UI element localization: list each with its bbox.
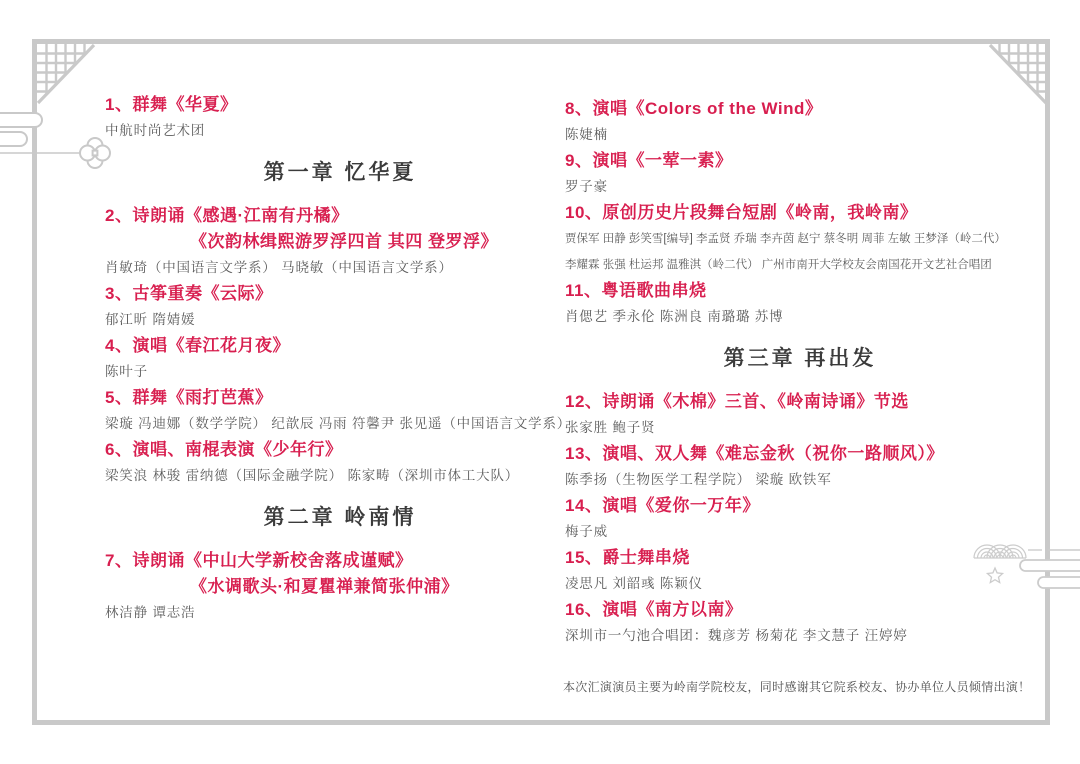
item-title: 14、演唱《爱你一万年》 — [565, 493, 1035, 519]
program-item: 16、演唱《南方以南》深圳市一勺池合唱团：魏彦芳 杨菊花 李文慧子 汪婷婷 — [565, 597, 1035, 649]
item-title: 3、古筝重奏《云际》 — [105, 281, 575, 307]
item-performers: 深圳市一勺池合唱团：魏彦芳 杨菊花 李文慧子 汪婷婷 — [565, 623, 1035, 649]
item-performers: 凌思凡 刘韶彧 陈颖仪 — [565, 571, 1035, 597]
program-item: 6、演唱、南棍表演《少年行》梁笑浪 林骏 雷纳德（国际金融学院） 陈家畴（深圳市… — [105, 437, 575, 489]
item-title: 9、演唱《一荤一素》 — [565, 148, 1035, 174]
program-item: 13、演唱、双人舞《难忘金秋（祝你一路顺风）》陈季扬（生物医学工程学院） 梁璇 … — [565, 441, 1035, 493]
item-title: 《次韵林缉熙游罗浮四首 其四 登罗浮》 — [105, 229, 575, 255]
item-title: 1、群舞《华夏》 — [105, 92, 575, 118]
item-title: 15、爵士舞串烧 — [565, 545, 1035, 571]
item-performers: 梁璇 冯迪娜（数学学院） 纪歆辰 冯雨 符馨尹 张见遥（中国语言文学系） — [105, 411, 575, 437]
item-performers: 罗子豪 — [565, 174, 1035, 200]
cloud-scroll-left-icon — [0, 104, 120, 174]
program-item: 11、粤语歌曲串烧肖偲艺 季永伦 陈洲良 南璐璐 苏博 — [565, 278, 1035, 330]
item-performers: 陈婕楠 — [565, 122, 1035, 148]
item-performers: 郁江昕 隋婧媛 — [105, 307, 575, 333]
item-title: 6、演唱、南棍表演《少年行》 — [105, 437, 575, 463]
item-title: 10、原创历史片段舞台短剧《岭南，我岭南》 — [565, 200, 1035, 226]
program-item: 14、演唱《爱你一万年》梅子威 — [565, 493, 1035, 545]
program-item: 4、演唱《春江花月夜》陈叶子 — [105, 333, 575, 385]
item-title: 16、演唱《南方以南》 — [565, 597, 1035, 623]
item-performers: 贾保军 田静 彭笑雪[编导] 李孟贤 乔瑞 李卉茵 赵宁 蔡冬明 周菲 左敏 王… — [565, 226, 1035, 252]
program-page: 1、群舞《华夏》中航时尚艺术团第一章 忆华夏2、诗朗诵《感遇·江南有丹橘》《次韵… — [0, 0, 1080, 764]
item-performers: 梅子威 — [565, 519, 1035, 545]
corner-lattice-top-left-icon — [37, 44, 95, 104]
chapter-heading: 第二章 岭南情 — [105, 504, 575, 532]
program-item: 15、爵士舞串烧凌思凡 刘韶彧 陈颖仪 — [565, 545, 1035, 597]
program-item: 5、群舞《雨打芭蕉》梁璇 冯迪娜（数学学院） 纪歆辰 冯雨 符馨尹 张见遥（中国… — [105, 385, 575, 437]
item-title: 11、粤语歌曲串烧 — [565, 278, 1035, 304]
item-performers: 林洁静 谭志浩 — [105, 600, 575, 626]
item-title: 7、诗朗诵《中山大学新校舍落成谨赋》 — [105, 548, 575, 574]
item-title: 《水调歌头·和夏瞿禅兼简张仲浦》 — [105, 574, 575, 600]
item-performers: 李耀霖 张强 杜运邦 温雅淇（岭二代） 广州市南开大学校友会南国花开文艺社合唱团 — [565, 252, 1035, 278]
corner-lattice-top-right-icon — [989, 44, 1047, 104]
program-column-left: 1、群舞《华夏》中航时尚艺术团第一章 忆华夏2、诗朗诵《感遇·江南有丹橘》《次韵… — [105, 92, 575, 626]
item-title: 13、演唱、双人舞《难忘金秋（祝你一路顺风）》 — [565, 441, 1035, 467]
chapter-heading: 第一章 忆华夏 — [105, 159, 575, 187]
item-performers: 陈季扬（生物医学工程学院） 梁璇 欧铁军 — [565, 467, 1035, 493]
item-title: 2、诗朗诵《感遇·江南有丹橘》 — [105, 203, 575, 229]
program-item: 1、群舞《华夏》中航时尚艺术团 — [105, 92, 575, 144]
item-title: 8、演唱《Colors of the Wind》 — [565, 96, 1035, 122]
item-performers: 肖偲艺 季永伦 陈洲良 南璐璐 苏博 — [565, 304, 1035, 330]
chapter-heading: 第三章 再出发 — [565, 345, 1035, 373]
program-column-right: 8、演唱《Colors of the Wind》陈婕楠9、演唱《一荤一素》罗子豪… — [565, 96, 1035, 649]
item-performers: 肖敏琦（中国语言文学系） 马晓敏（中国语言文学系） — [105, 255, 575, 281]
item-title: 12、诗朗诵《木棉》三首、《岭南诗诵》节选 — [565, 389, 1035, 415]
program-item: 10、原创历史片段舞台短剧《岭南，我岭南》贾保军 田静 彭笑雪[编导] 李孟贤 … — [565, 200, 1035, 278]
program-item: 2、诗朗诵《感遇·江南有丹橘》《次韵林缉熙游罗浮四首 其四 登罗浮》肖敏琦（中国… — [105, 203, 575, 281]
item-performers: 张家胜 鲍子贤 — [565, 415, 1035, 441]
item-performers: 陈叶子 — [105, 359, 575, 385]
item-performers: 中航时尚艺术团 — [105, 118, 575, 144]
item-title: 5、群舞《雨打芭蕉》 — [105, 385, 575, 411]
program-item: 9、演唱《一荤一素》罗子豪 — [565, 148, 1035, 200]
footer-note: 本次汇演演员主要为岭南学院校友，同时感谢其它院系校友、协办单位人员倾情出演！ — [563, 678, 1023, 695]
program-item: 7、诗朗诵《中山大学新校舍落成谨赋》《水调歌头·和夏瞿禅兼简张仲浦》林洁静 谭志… — [105, 548, 575, 626]
program-item: 8、演唱《Colors of the Wind》陈婕楠 — [565, 96, 1035, 148]
item-performers: 梁笑浪 林骏 雷纳德（国际金融学院） 陈家畴（深圳市体工大队） — [105, 463, 575, 489]
item-title: 4、演唱《春江花月夜》 — [105, 333, 575, 359]
program-item: 12、诗朗诵《木棉》三首、《岭南诗诵》节选张家胜 鲍子贤 — [565, 389, 1035, 441]
program-item: 3、古筝重奏《云际》郁江昕 隋婧媛 — [105, 281, 575, 333]
